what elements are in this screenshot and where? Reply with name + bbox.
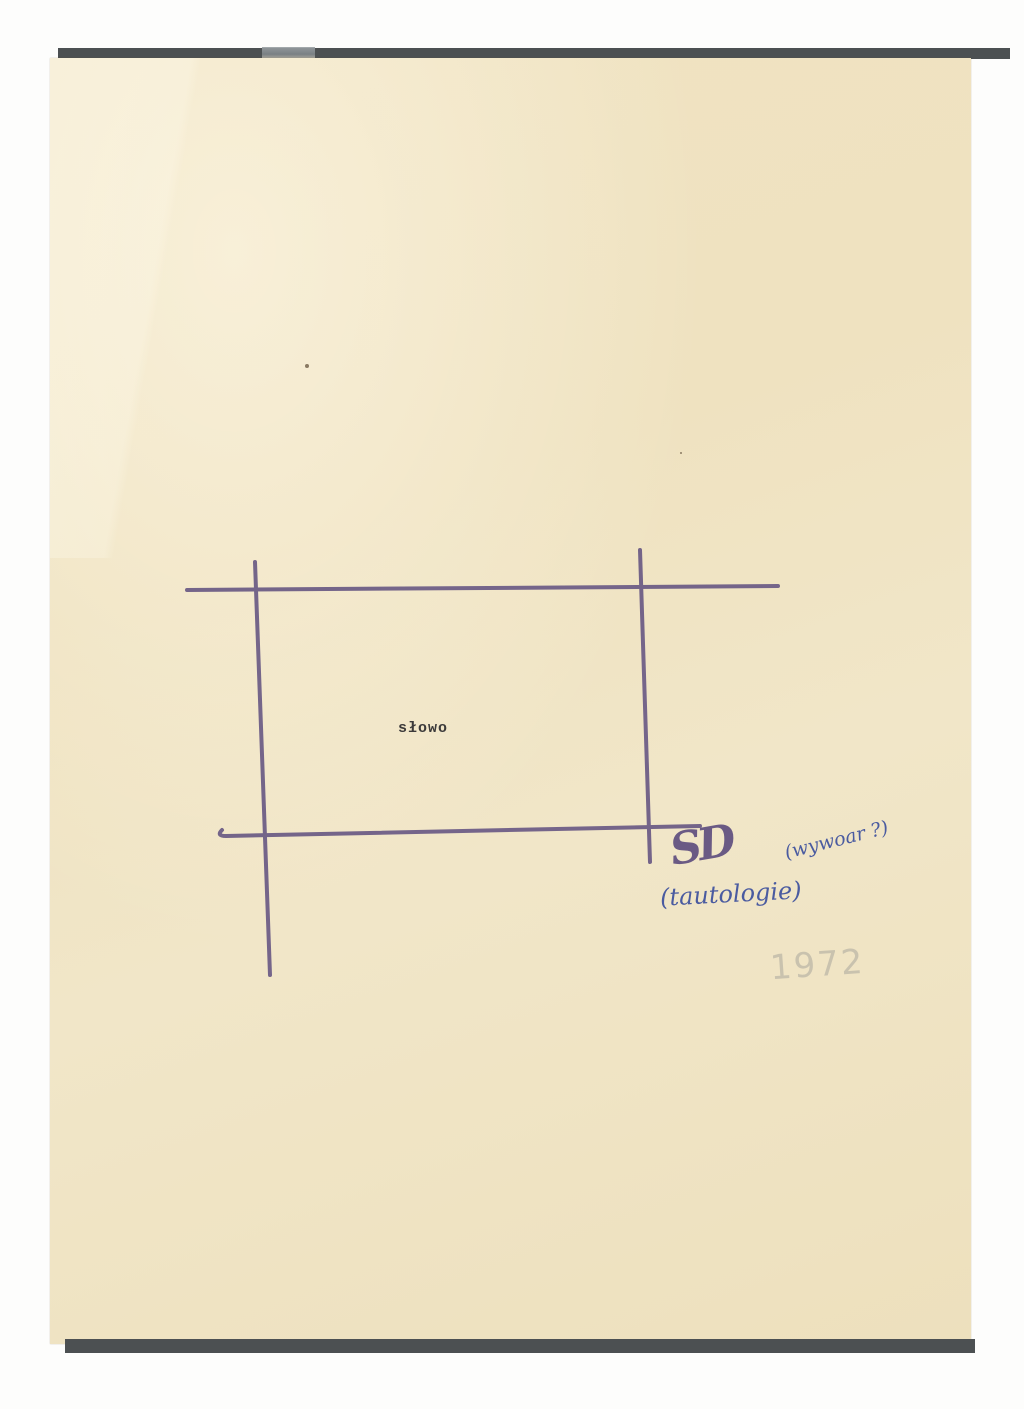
right-vertical-line <box>640 550 650 862</box>
typed-word: słowo <box>398 720 448 737</box>
top-horizontal-line <box>187 586 778 590</box>
bottom-horizontal-line <box>220 826 700 836</box>
handwritten-initials: SD <box>666 815 736 876</box>
pencil-year: 1972 <box>769 942 866 988</box>
marker-grid-drawing <box>0 0 1024 1409</box>
left-vertical-line <box>255 562 270 975</box>
